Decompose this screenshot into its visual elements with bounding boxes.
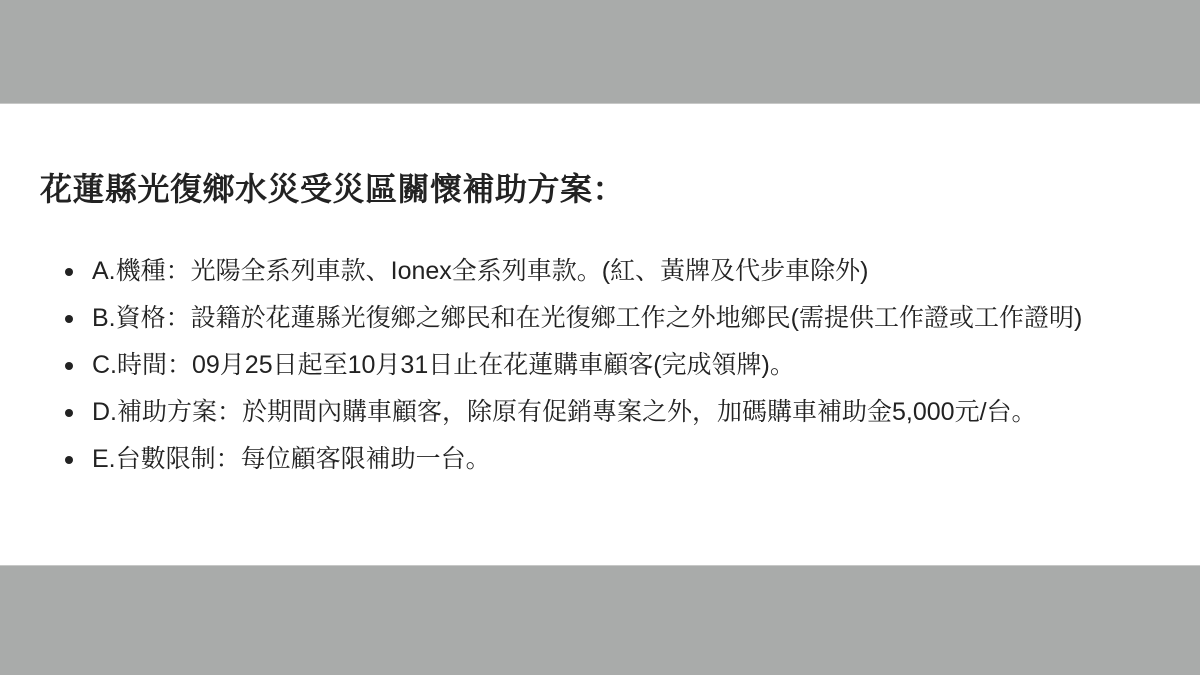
list-item-text: A.機種：光陽全系列車款、Ionex全系列車款。(紅、黃牌及代步車除外) [92,257,868,285]
list-item-text: B.資格：設籍於花蓮縣光復鄉之鄉民和在光復鄉工作之外地鄉民(需提供工作證或工作證… [92,304,1082,332]
list-item-text: E.台數限制：每位顧客限補助一台。 [92,445,491,473]
list-item-d: D.補助方案：於期間內購車顧客，除原有促銷專案之外，加碼購車補助金5,000元/… [0,398,1200,427]
list-item-text: D.補助方案：於期間內購車顧客，除原有促銷專案之外，加碼購車補助金5,000元/… [92,398,1037,426]
slide-background: 花蓮縣光復鄉水災受災區關懷補助方案： A.機種：光陽全系列車款、Ionex全系列… [0,0,1200,675]
list-item-c: C.時間：09月25日起至10月31日止在花蓮購車顧客(完成領牌)。 [0,351,1200,380]
list-item-a: A.機種：光陽全系列車款、Ionex全系列車款。(紅、黃牌及代步車除外) [0,257,1200,286]
bullet-dot-icon [65,456,73,464]
content-card: 花蓮縣光復鄉水災受災區關懷補助方案： A.機種：光陽全系列車款、Ionex全系列… [0,104,1200,565]
bullet-list: A.機種：光陽全系列車款、Ionex全系列車款。(紅、黃牌及代步車除外) B.資… [0,257,1200,474]
bullet-dot-icon [65,409,73,417]
list-item-text: C.時間：09月25日起至10月31日止在花蓮購車顧客(完成領牌)。 [92,351,795,379]
bullet-dot-icon [65,362,73,370]
bullet-dot-icon [65,268,73,276]
page-title: 花蓮縣光復鄉水災受災區關懷補助方案： [40,170,1200,208]
bullet-dot-icon [65,315,73,323]
list-item-b: B.資格：設籍於花蓮縣光復鄉之鄉民和在光復鄉工作之外地鄉民(需提供工作證或工作證… [0,304,1200,333]
list-item-e: E.台數限制：每位顧客限補助一台。 [0,445,1200,474]
